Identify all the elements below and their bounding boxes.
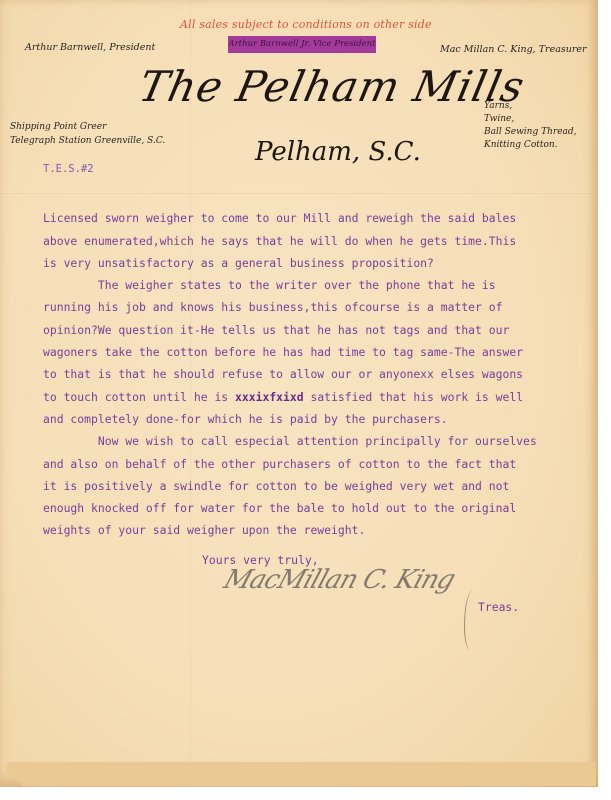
body-line: it is positively a swindle for cotton to…	[43, 479, 509, 493]
body-line: wagoners take the cotton before he has h…	[43, 345, 523, 359]
body-line: opinion?We question it-He tells us that …	[43, 323, 509, 337]
body-line: to that is that he should refuse to allo…	[43, 367, 523, 381]
body-line: to touch cotton until he is	[43, 390, 235, 404]
body-line: enough knocked off for water for the bal…	[43, 501, 516, 515]
vice-president-stamp: Arthur Barnwell Jr. Vice President	[228, 36, 376, 53]
president-line: Arthur Barnwell, President	[25, 42, 155, 53]
body-line: The weigher states to the writer over th…	[43, 278, 496, 292]
product-item: Knitting Cotton.	[484, 139, 577, 152]
treasurer-line: Mac Millan C. King, Treasurer	[440, 44, 587, 55]
product-item: Yarns,	[484, 100, 577, 113]
body-line: and also on behalf of the other purchase…	[43, 457, 516, 471]
body-line: running his job and knows his business,t…	[43, 300, 502, 314]
company-name: The Pelham Mills	[135, 62, 529, 111]
product-item: Ball Sewing Thread,	[484, 126, 577, 139]
struck-out-word: xxxixfxixd	[235, 390, 304, 404]
products-list: Yarns, Twine, Ball Sewing Thread, Knitti…	[484, 100, 577, 152]
body-line: weights of your said weigher upon the re…	[43, 523, 365, 537]
letter-page: All sales subject to conditions on other…	[0, 0, 598, 787]
body-line: above enumerated,which he says that he w…	[43, 234, 516, 248]
product-item: Twine,	[484, 113, 577, 126]
shipping-point: Shipping Point Greer	[10, 120, 165, 134]
letter-body: Licensed sworn weigher to come to our Mi…	[43, 185, 563, 564]
body-line: is very unsatisfactory as a general busi…	[43, 256, 434, 270]
signature-flourish	[464, 590, 479, 650]
body-line: Now we wish to call especial attention p…	[43, 434, 537, 448]
sales-conditions-notice: All sales subject to conditions on other…	[180, 18, 432, 31]
paper-edge	[6, 762, 596, 786]
body-line: and completely done-for which he is paid…	[43, 412, 448, 426]
shipping-info: Shipping Point Greer Telegraph Station G…	[10, 120, 165, 148]
signer-title: Treas.	[478, 600, 519, 614]
handwritten-signature: MacMillan C. King	[220, 565, 458, 595]
body-line: satisfied that his work is well	[304, 390, 523, 404]
telegraph-station: Telegraph Station Greenville, S.C.	[10, 134, 165, 148]
place-line: Pelham, S.C.	[255, 137, 421, 167]
reference-code: T.E.S.#2	[43, 163, 94, 175]
body-line: Licensed sworn weigher to come to our Mi…	[43, 211, 516, 225]
